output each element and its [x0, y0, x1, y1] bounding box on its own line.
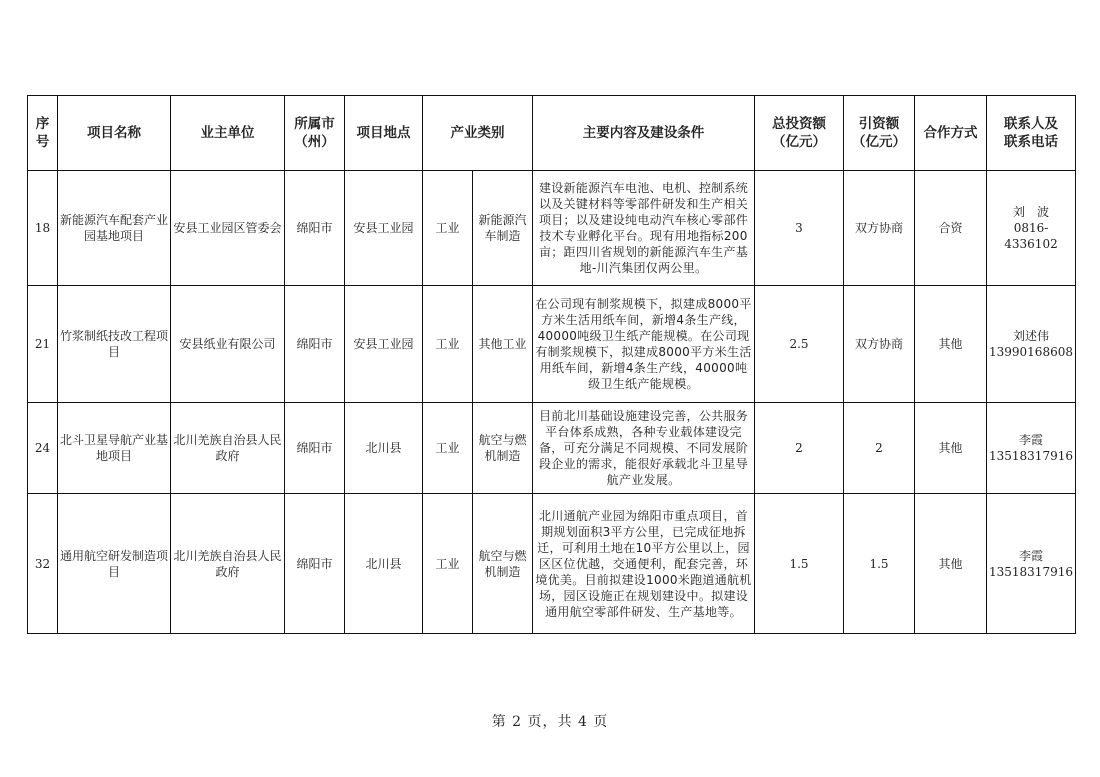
cell-attracted-investment: 2	[844, 403, 915, 494]
cell-total-investment: 1.5	[755, 494, 844, 634]
project-table: 序 号 项目名称 业主单位 所属市 （州） 项目地点 产业类别 主要内容及建设条…	[27, 95, 1076, 634]
table-row: 18 新能源汽车配套产业园基地项目 安县工业园区管委会 绵阳市 安县工业园 工业…	[28, 171, 1076, 286]
cell-location: 北川县	[345, 494, 423, 634]
cell-industry-main: 工业	[423, 171, 473, 286]
header-cooperation: 合作方式	[915, 96, 987, 171]
cell-owner: 北川羌族自治县人民政府	[171, 494, 285, 634]
header-content: 主要内容及建设条件	[533, 96, 755, 171]
cell-attracted-investment: 1.5	[844, 494, 915, 634]
cell-name: 通用航空研发制造项目	[58, 494, 171, 634]
cell-city: 绵阳市	[285, 286, 345, 403]
table-header-row: 序 号 项目名称 业主单位 所属市 （州） 项目地点 产业类别 主要内容及建设条…	[28, 96, 1076, 171]
cell-contact: 刘 波 0816- 4336102	[987, 171, 1076, 286]
cell-location: 安县工业园	[345, 286, 423, 403]
header-owner: 业主单位	[171, 96, 285, 171]
cell-owner: 安县工业园区管委会	[171, 171, 285, 286]
header-contact: 联系人及 联系电话	[987, 96, 1076, 171]
table-row: 24 北斗卫星导航产业基地项目 北川羌族自治县人民政府 绵阳市 北川县 工业 航…	[28, 403, 1076, 494]
header-industry: 产业类别	[423, 96, 533, 171]
cell-seq: 24	[28, 403, 58, 494]
cell-owner: 北川羌族自治县人民政府	[171, 403, 285, 494]
contact-name: 刘 波	[989, 204, 1073, 220]
header-city-line2: （州）	[287, 133, 342, 151]
cell-industry-sub: 新能源汽车制造	[473, 171, 533, 286]
cell-attracted-investment: 双方协商	[844, 286, 915, 403]
contact-name: 刘述伟	[989, 328, 1073, 344]
cell-content: 在公司现有制浆规模下，拟建成8000平方米生活用纸车间，新增4条生产线，4000…	[533, 286, 755, 403]
cell-contact: 李霞 13518317916	[987, 494, 1076, 634]
contact-phone-line1: 13518317916	[989, 448, 1073, 464]
cell-industry-main: 工业	[423, 403, 473, 494]
cell-industry-main: 工业	[423, 494, 473, 634]
cell-industry-sub: 其他工业	[473, 286, 533, 403]
header-total-investment: 总投资额 （亿元）	[755, 96, 844, 171]
header-city: 所属市 （州）	[285, 96, 345, 171]
cell-content: 建设新能源汽车电池、电机、控制系统以及关键材料等零部件研发和生产相关项目；以及建…	[533, 171, 755, 286]
cell-location: 安县工业园	[345, 171, 423, 286]
cell-city: 绵阳市	[285, 403, 345, 494]
cell-cooperation: 合资	[915, 171, 987, 286]
cell-industry-sub: 航空与燃机制造	[473, 494, 533, 634]
header-seq-line2: 号	[30, 133, 55, 151]
contact-phone-line1: 13990168608	[989, 344, 1073, 360]
cell-name: 竹浆制纸技改工程项目	[58, 286, 171, 403]
contact-name: 李霞	[989, 548, 1073, 564]
header-total-line1: 总投资额	[757, 115, 841, 133]
cell-industry-main: 工业	[423, 286, 473, 403]
header-location: 项目地点	[345, 96, 423, 171]
contact-phone-line1: 13518317916	[989, 564, 1073, 580]
cell-city: 绵阳市	[285, 171, 345, 286]
cell-cooperation: 其他	[915, 494, 987, 634]
header-name: 项目名称	[58, 96, 171, 171]
header-attracted-investment: 引资额 （亿元）	[844, 96, 915, 171]
cell-content: 北川通航产业园为绵阳市重点项目，首期规划面积3平方公里，已完成征地拆迁，可利用土…	[533, 494, 755, 634]
cell-seq: 18	[28, 171, 58, 286]
header-city-line1: 所属市	[287, 115, 342, 133]
table-row: 21 竹浆制纸技改工程项目 安县纸业有限公司 绵阳市 安县工业园 工业 其他工业…	[28, 286, 1076, 403]
page-number: 第 2 页，共 4 页	[0, 711, 1100, 731]
table-row: 32 通用航空研发制造项目 北川羌族自治县人民政府 绵阳市 北川县 工业 航空与…	[28, 494, 1076, 634]
cell-city: 绵阳市	[285, 494, 345, 634]
cell-industry-sub: 航空与燃机制造	[473, 403, 533, 494]
cell-name: 新能源汽车配套产业园基地项目	[58, 171, 171, 286]
contact-phone-line1: 0816-	[989, 220, 1073, 236]
header-attracted-line1: 引资额	[846, 115, 912, 133]
cell-attracted-investment: 双方协商	[844, 171, 915, 286]
header-contact-line1: 联系人及	[989, 115, 1073, 133]
cell-owner: 安县纸业有限公司	[171, 286, 285, 403]
cell-total-investment: 2	[755, 403, 844, 494]
header-seq: 序 号	[28, 96, 58, 171]
cell-seq: 32	[28, 494, 58, 634]
document-page: 序 号 项目名称 业主单位 所属市 （州） 项目地点 产业类别 主要内容及建设条…	[0, 0, 1100, 777]
cell-cooperation: 其他	[915, 403, 987, 494]
header-contact-line2: 联系电话	[989, 133, 1073, 151]
header-attracted-line2: （亿元）	[846, 133, 912, 151]
cell-content: 目前北川基础设施建设完善，公共服务平台体系成熟，各种专业载体建设完备，可充分满足…	[533, 403, 755, 494]
cell-contact: 李霞 13518317916	[987, 403, 1076, 494]
cell-total-investment: 2.5	[755, 286, 844, 403]
cell-cooperation: 其他	[915, 286, 987, 403]
header-total-line2: （亿元）	[757, 133, 841, 151]
cell-name: 北斗卫星导航产业基地项目	[58, 403, 171, 494]
contact-name: 李霞	[989, 432, 1073, 448]
header-seq-line1: 序	[30, 115, 55, 133]
cell-contact: 刘述伟 13990168608	[987, 286, 1076, 403]
cell-seq: 21	[28, 286, 58, 403]
cell-total-investment: 3	[755, 171, 844, 286]
contact-phone-line2: 4336102	[989, 236, 1073, 252]
cell-location: 北川县	[345, 403, 423, 494]
